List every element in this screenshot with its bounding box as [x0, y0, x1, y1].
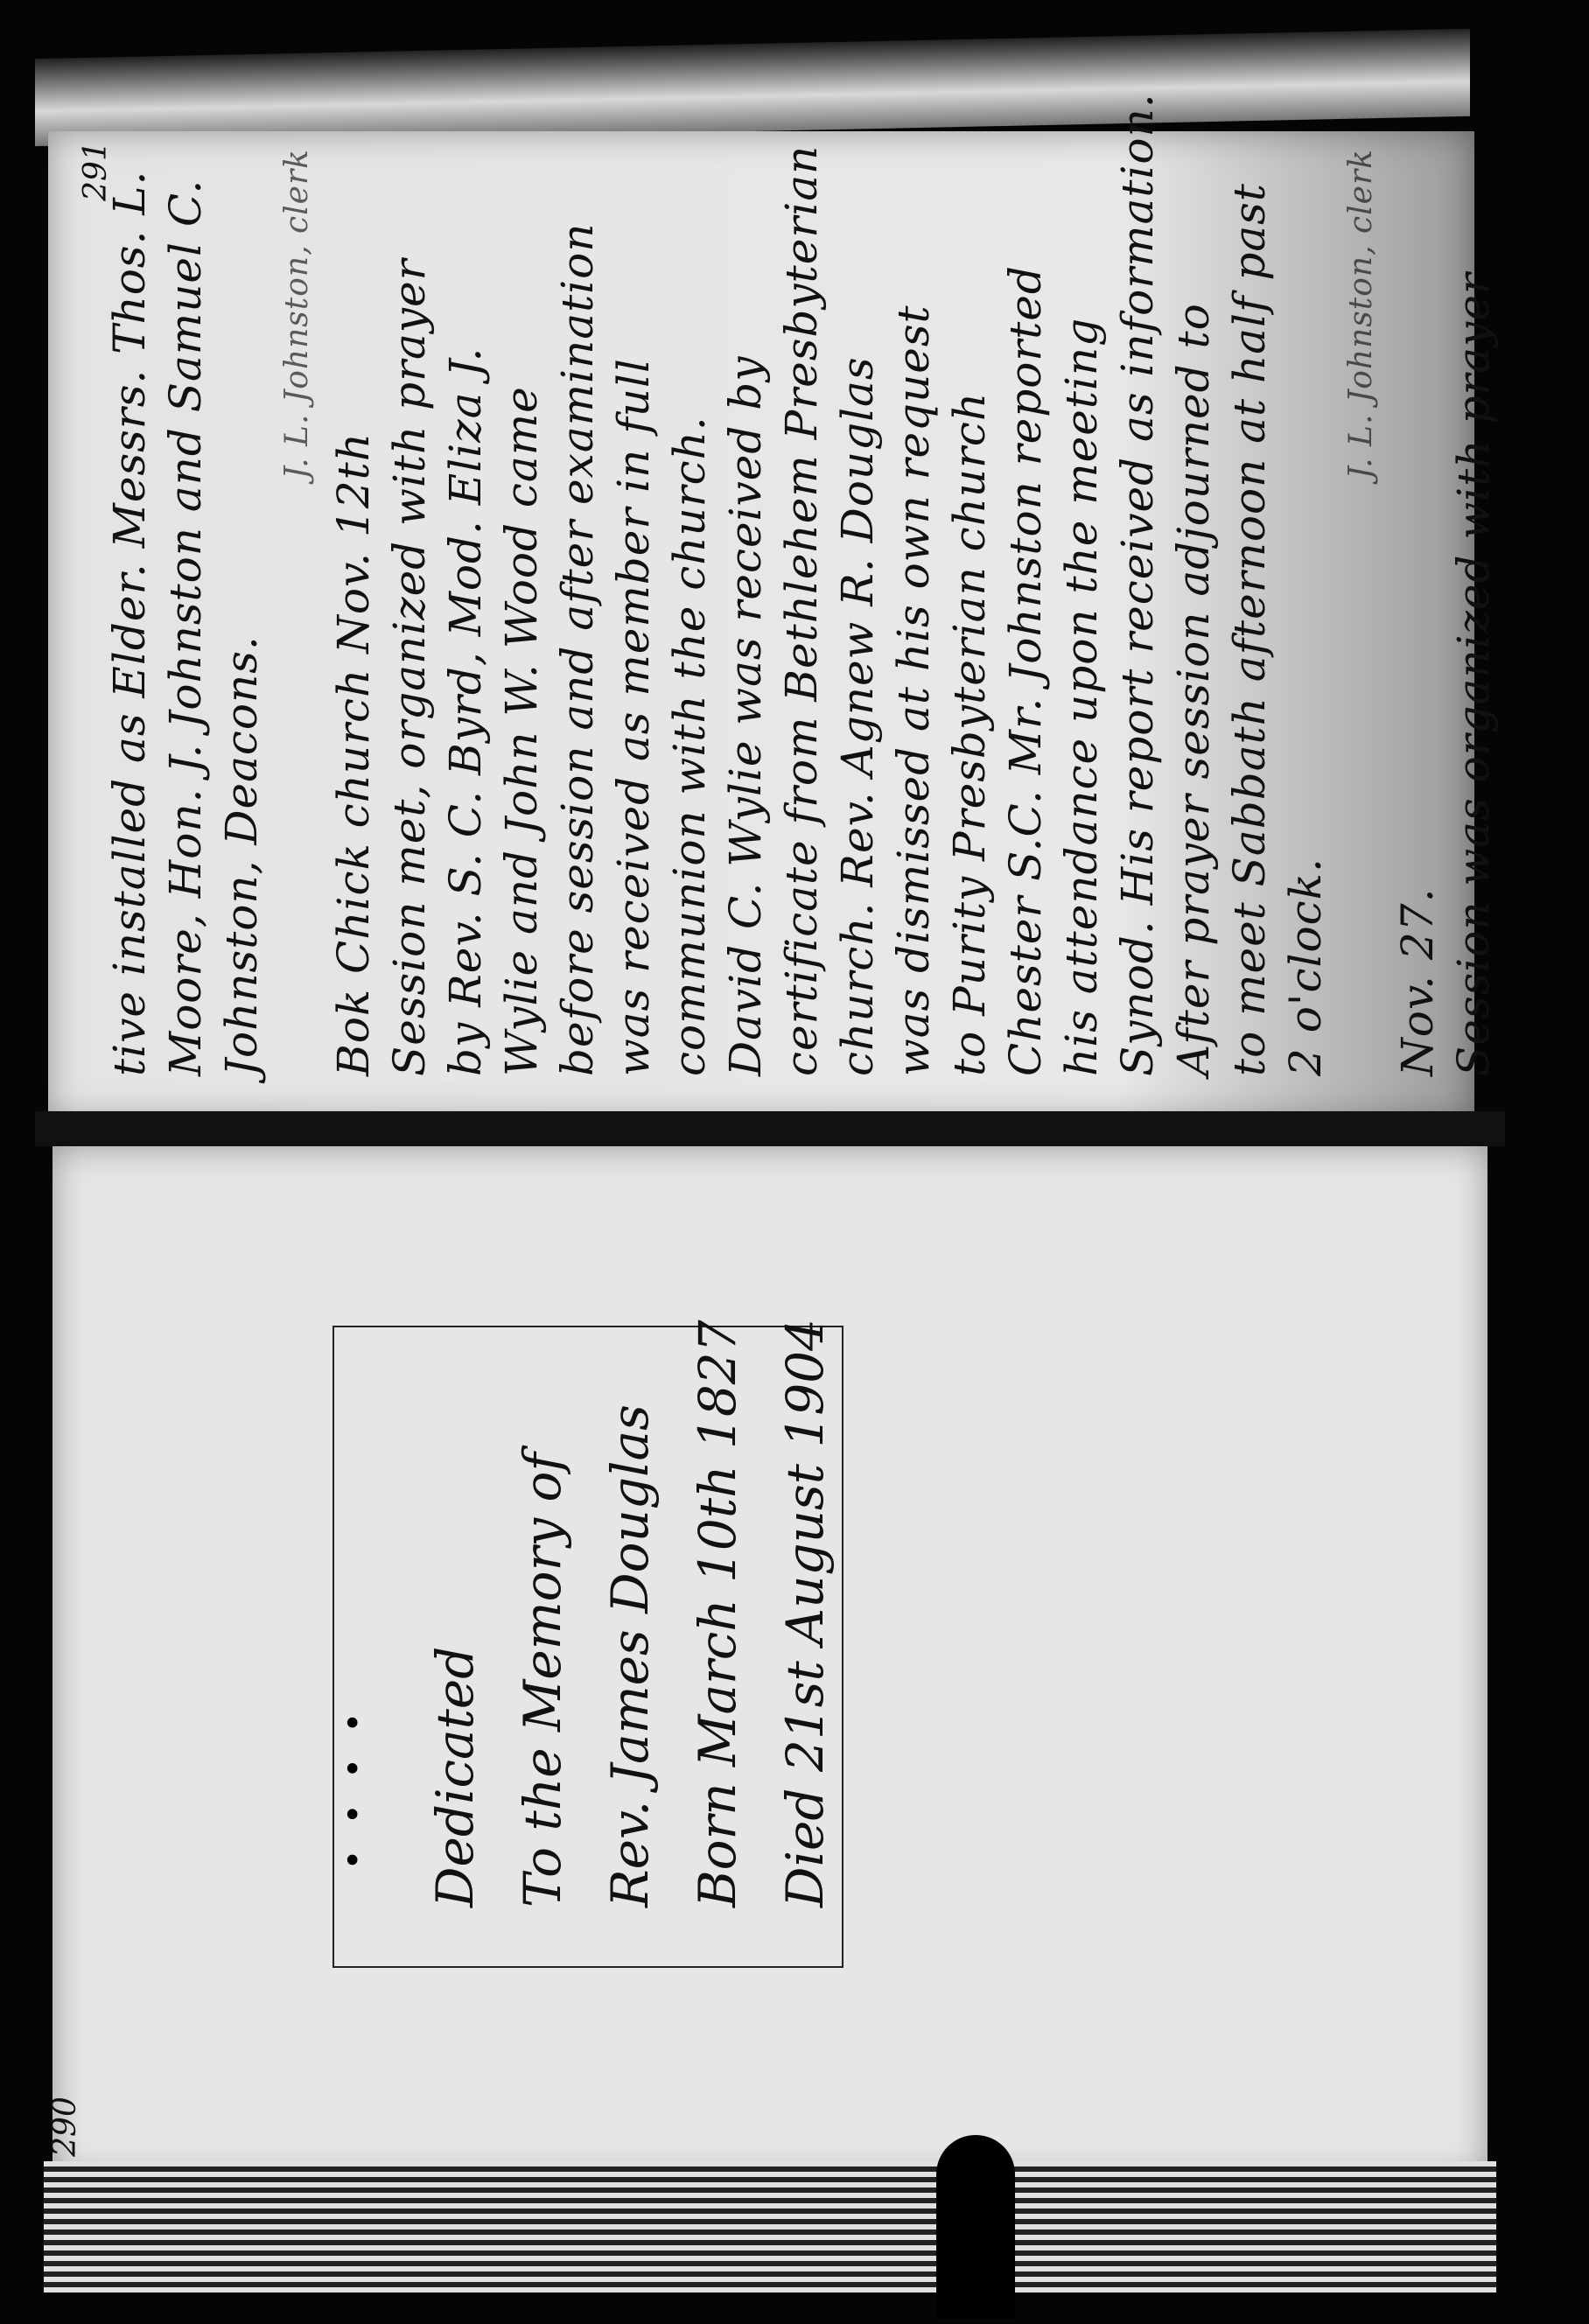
text-line: Moore, Hon. J. Johnston and Samuel C. [161, 149, 217, 1076]
text-line: by Rev. S. C. Byrd, Mod. Eliza J. [441, 149, 497, 1076]
text-line: 2 o'clock. [1281, 149, 1337, 1076]
left-page-number: 290 [47, 2096, 83, 2157]
thumb-holding-book [936, 2135, 1015, 2319]
clerk-signature: J. L. Johnston, clerk [273, 149, 329, 1076]
text-line: After prayer session adjourned to [1169, 149, 1225, 1076]
text-line: tive installed as Elder. Messrs. Thos. L… [105, 149, 161, 1076]
dedication-line: Rev. James Douglas [586, 1339, 674, 1907]
dedication-line: Born March 10th 1827 [674, 1339, 761, 1907]
book-gutter [35, 1111, 1505, 1146]
text-line: Bok Chick church Nov. 12th [329, 149, 385, 1076]
text-line: Session was organized with prayer [1449, 149, 1505, 1076]
dedication-line: Died 21st August 1904 [761, 1339, 849, 1907]
text-line: Chester S.C. Mr. Johnston reported [1001, 149, 1057, 1076]
text-line: Johnston, Deacons. [217, 149, 273, 1076]
text-line: Nov. 27. [1393, 149, 1449, 1076]
text-line: Wylie and John W. Wood came [497, 149, 553, 1076]
ornament-dots: • • • • [333, 1705, 374, 1871]
page-edges-bottom [44, 2161, 1496, 2292]
text-line: to Purity Presbyterian church [945, 149, 1001, 1076]
text-line: David C. Wylie was received by [721, 149, 777, 1076]
scan-background: 291 tive installed as Elder. Messrs. Tho… [0, 0, 1589, 2324]
dedication-line: Dedicated [411, 1339, 499, 1907]
right-page-text: tive installed as Elder. Messrs. Thos. L… [105, 149, 1505, 1076]
text-line: was dismissed at his own request [889, 149, 945, 1076]
text-line: certificate from Bethlehem Presbyterian [777, 149, 833, 1076]
text-line: Synod. His report received as informatio… [1113, 149, 1169, 1076]
text-line: church. Rev. Agnew R. Douglas [833, 149, 889, 1076]
dedication-line: To the Memory of [499, 1339, 586, 1907]
text-line: Session met, organized with prayer [385, 149, 441, 1076]
text-line: was received as member in full [609, 149, 665, 1076]
text-line: communion with the church. [665, 149, 721, 1076]
text-line: before session and after examination [553, 149, 609, 1076]
dedication-text: Dedicated To the Memory of Rev. James Do… [411, 1339, 849, 1907]
text-line: his attendance upon the meeting [1057, 149, 1113, 1076]
clerk-signature: J. L. Johnston, clerk [1337, 149, 1393, 1076]
text-line: to meet Sabbath afternoon at half past [1225, 149, 1281, 1076]
page-edges-top [35, 29, 1470, 146]
